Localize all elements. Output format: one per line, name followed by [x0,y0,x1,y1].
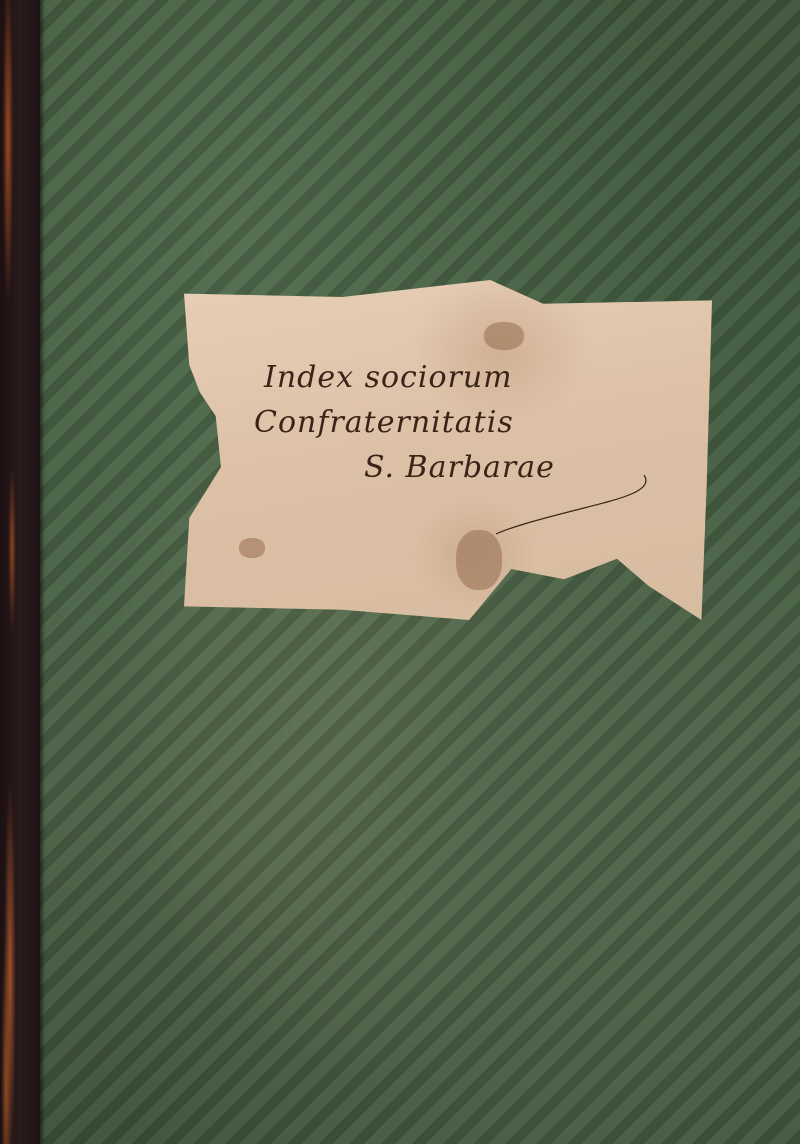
stain [239,538,265,558]
label-line-2: Confraternitatis [254,405,514,440]
ink-flourish [484,470,664,540]
book-spine [0,0,40,1144]
label-line-1: Index sociorum [264,360,513,395]
book-cover: Index sociorum Confraternitatis S. Barba… [0,0,800,1144]
paper-label: Index sociorum Confraternitatis S. Barba… [184,280,712,620]
stain [484,322,524,350]
